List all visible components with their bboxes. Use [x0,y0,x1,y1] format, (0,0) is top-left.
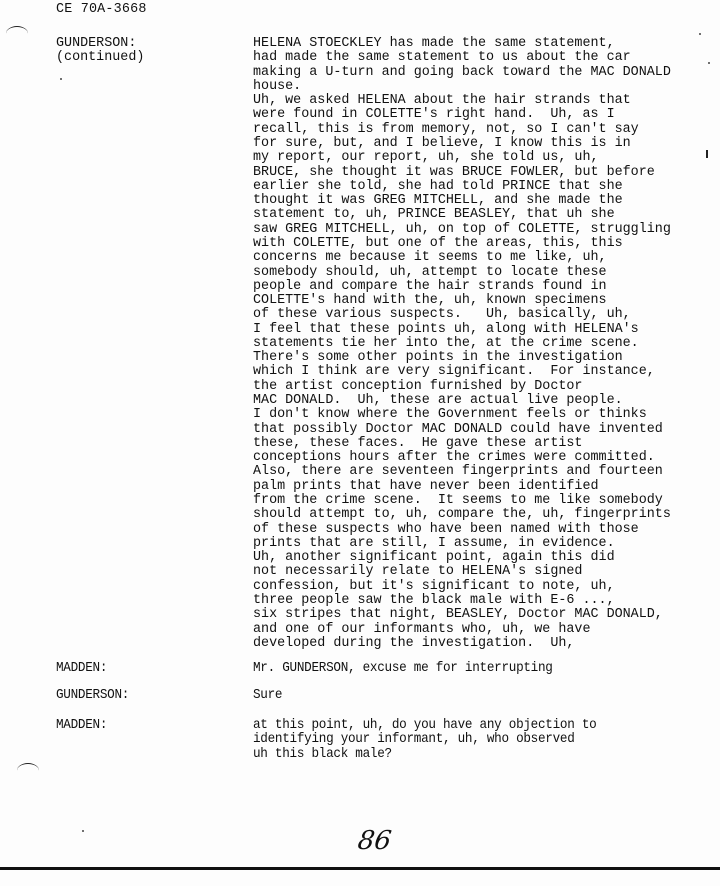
speech-line: my report, our report, uh, she told us, … [253,151,713,165]
speech-line: earlier she told, she had told PRINCE th… [253,180,713,194]
speech-line: recall, this is from memory, not, so I c… [253,123,713,137]
page-number: 86 [356,826,393,856]
document-page: CE 70A-3668 GUNDERSON: (continued) HELEN… [0,0,720,886]
speech-line: and one of our informants who, uh, we ha… [253,623,713,637]
speech-line: with COLETTE, but one of the areas, this… [253,237,713,251]
speaker-label: GUNDERSON: [56,689,129,703]
footer-rule [0,867,720,870]
speaker-label: MADDEN: [56,662,107,676]
speech-line: of these suspects who have been named wi… [253,523,713,537]
speech-line: COLETTE's hand with the, uh, known speci… [253,294,713,308]
speech-line: prints that are still, I assume, in evid… [253,537,713,551]
speech-line: HELENA STOECKLEY has made the same state… [253,37,713,51]
speech-line: somebody should, uh, attempt to locate t… [253,266,713,280]
speech-line: statement to, uh, PRINCE BEASLEY, that u… [253,208,713,222]
speech-line: concerns me because it seems to me like,… [253,251,713,265]
speech-line: Mr. GUNDERSON, excuse me for interruptin… [253,662,681,676]
speech-line: There's some other points in the investi… [253,351,713,365]
speech-line: were found in COLETTE's right hand. Uh, … [253,108,713,122]
speech-line: Uh, we asked HELENA about the hair stran… [253,94,713,108]
speaker-label: MADDEN: [56,719,107,733]
speech-line: uh this black male? [253,748,681,762]
speech-line: developed during the investigation. Uh, [253,637,713,651]
speech-line: BRUCE, she thought it was BRUCE FOWLER, … [253,166,713,180]
speech-line: at this point, uh, do you have any objec… [253,719,681,733]
speech-line: palm prints that have never been identif… [253,480,713,494]
speech-line: three people saw the black male with E-6… [253,594,713,608]
speech-line: not necessarily relate to HELENA's signe… [253,565,713,579]
speech-line: identifying your informant, uh, who obse… [253,733,681,747]
speech-line: should attempt to, uh, compare the, uh, … [253,508,713,522]
scan-speck [82,830,84,832]
speech-line: the artist conception furnished by Docto… [253,380,713,394]
speech-line: six stripes that night, BEASLEY, Doctor … [253,608,713,622]
speech-line: I feel that these points uh, along with … [253,323,713,337]
speech-line: that possibly Doctor MAC DONALD could ha… [253,423,713,437]
speech-text: at this point, uh, do you have any objec… [253,719,681,762]
speech-text: Sure [253,689,681,703]
speech-line: had made the same statement to us about … [253,51,713,65]
speech-line: making a U-turn and going back toward th… [253,66,713,80]
speech-line: these, these faces. He gave these artist [253,437,713,451]
speech-line: I don't know where the Government feels … [253,408,713,422]
speech-line: people and compare the hair strands foun… [253,280,713,294]
document-id: CE 70A-3668 [56,2,147,18]
speech-line: Also, there are seventeen fingerprints a… [253,465,713,479]
margin-mark [6,26,28,41]
speech-line: conceptions hours after the crimes were … [253,451,713,465]
speech-line: MAC DONALD. Uh, these are actual live pe… [253,394,713,408]
speech-line: Sure [253,689,681,703]
speech-line: from the crime scene. It seems to me lik… [253,494,713,508]
speech-line: thought it was GREG MITCHELL, and she ma… [253,194,713,208]
speaker-note: (continued) [56,51,144,65]
speech-text: HELENA STOECKLEY has made the same state… [253,37,713,651]
speech-line: statements tie her into the, at the crim… [253,337,713,351]
speech-line: saw GREG MITCHELL, uh, on top of COLETTE… [253,223,713,237]
speech-line: confession, but it's significant to note… [253,580,713,594]
speech-line: Uh, another significant point, again thi… [253,551,713,565]
scan-speck [699,33,701,35]
margin-mark [17,763,39,778]
speech-line: of these various suspects. Uh, basically… [253,308,713,322]
speech-line: for sure, but, and I believe, I know thi… [253,137,713,151]
speech-text: Mr. GUNDERSON, excuse me for interruptin… [253,662,681,676]
speech-line: which I think are very significant. For … [253,365,713,379]
scan-speck [60,78,62,80]
speech-line: house. [253,80,713,94]
